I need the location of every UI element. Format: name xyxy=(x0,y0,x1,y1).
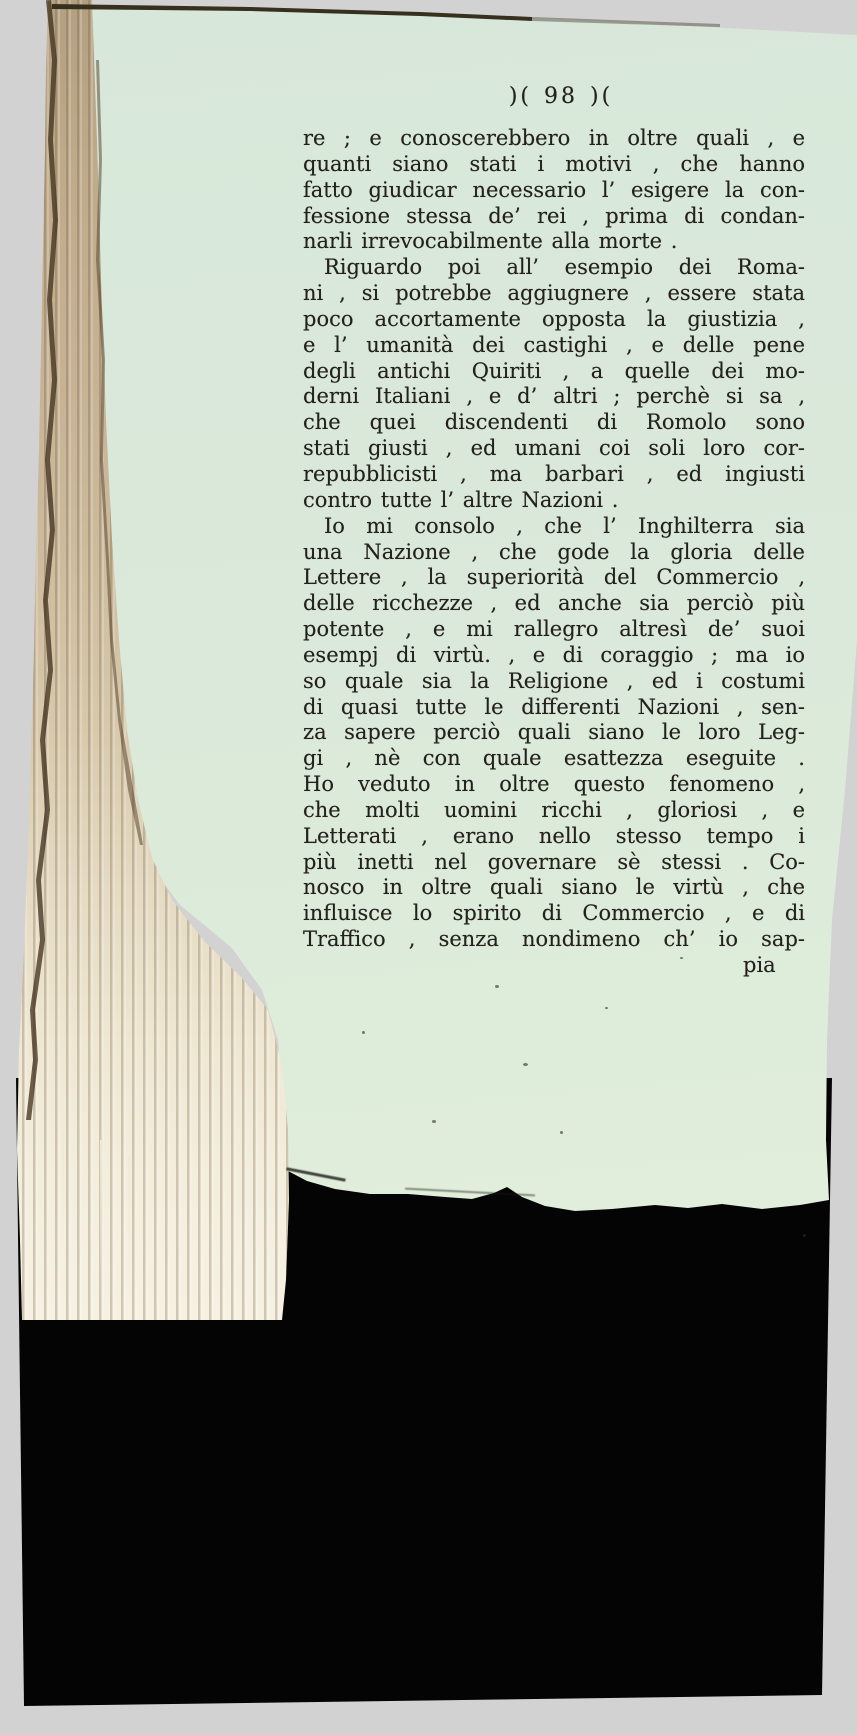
text-line: contro tutte l’ altre Nazioni . xyxy=(303,488,805,514)
page-edge-streak xyxy=(62,1130,64,1250)
text-line: narli irrevocabilmente alla morte . xyxy=(303,229,805,255)
text-line: fessione stessa de’ rei , prima di conda… xyxy=(303,204,805,230)
text-line: Io mi consolo , che l’ Inghilterra sia xyxy=(303,514,805,540)
text-line: più inetti nel governare sè stessi . Co- xyxy=(303,850,805,876)
catchword: pia xyxy=(303,953,805,979)
text-line: repubblicisti , ma barbari , ed ingiusti xyxy=(303,462,805,488)
dust-speck xyxy=(362,1031,365,1034)
text-line: Riguardo poi all’ esempio dei Roma- xyxy=(303,255,805,281)
dust-speck xyxy=(432,1120,436,1123)
text-line: di quasi tutte le differenti Nazioni , s… xyxy=(303,695,805,721)
text-line: degli antichi Quiriti , a quelle dei mo- xyxy=(303,359,805,385)
text-line: quanti siano stati i motivi , che hanno xyxy=(303,152,805,178)
dust-speck xyxy=(495,985,499,988)
dust-speck xyxy=(523,1063,528,1066)
text-line: ni , si potrebbe aggiugnere , essere sta… xyxy=(303,281,805,307)
text-line: influisce lo spirito di Commercio , e di xyxy=(303,901,805,927)
dust-speck xyxy=(560,1131,563,1134)
page-number-header: )( 98 )( xyxy=(303,84,805,110)
text-line: derni Italiani , e d’ altri ; perchè si … xyxy=(303,384,805,410)
page-edge-streak xyxy=(128,1155,130,1295)
text-line: Lettere , la superiorità del Commercio , xyxy=(303,565,805,591)
text-line: che molti uomini ricchi , gloriosi , e xyxy=(303,798,805,824)
text-line: delle ricchezze , ed anche sia perciò pi… xyxy=(303,591,805,617)
book-scan: )( 98 )( re ; e conoscerebbero in oltre … xyxy=(0,0,857,1735)
text-line: gi , nè con quale esattezza eseguite . xyxy=(303,746,805,772)
text-line: una Nazione , che gode la gloria delle xyxy=(303,540,805,566)
text-line: esempj di virtù. , e di coraggio ; ma io xyxy=(303,643,805,669)
text-line: che quei discendenti di Romolo sono xyxy=(303,410,805,436)
text-line: Traffico , senza nondimeno ch’ io sap- xyxy=(303,927,805,953)
text-line: fatto giudicar necessario l’ esigere la … xyxy=(303,178,805,204)
dust-speck xyxy=(605,1007,608,1009)
page-edge-streak xyxy=(100,1140,103,1310)
text-line: e l’ umanità dei castighi , e delle pene xyxy=(303,333,805,359)
text-line: Letterati , erano nello stesso tempo i xyxy=(303,824,805,850)
text-line: nosco in oltre quali siano le virtù , ch… xyxy=(303,875,805,901)
text-line: poco accortamente opposta la giustizia , xyxy=(303,307,805,333)
text-line: stati giusti , ed umani coi soli loro co… xyxy=(303,436,805,462)
text-line: so quale sia la Religione , ed i costumi xyxy=(303,669,805,695)
text-line: potente , e mi rallegro altresì de’ suoi xyxy=(303,617,805,643)
text-block: )( 98 )( re ; e conoscerebbero in oltre … xyxy=(303,84,805,979)
text-line: Ho veduto in oltre questo fenomeno , xyxy=(303,772,805,798)
text-line: za sapere perciò quali siano le loro Leg… xyxy=(303,720,805,746)
dust-speck xyxy=(803,1234,806,1237)
text-line: re ; e conoscerebbero in oltre quali , e xyxy=(303,126,805,152)
